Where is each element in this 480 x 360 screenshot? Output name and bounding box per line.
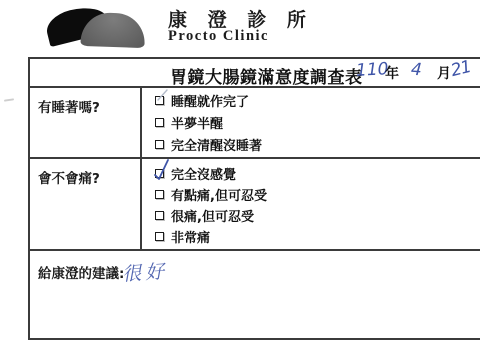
handwritten-year: 110 [355, 59, 388, 81]
option-fully-awake[interactable]: 完全清醒沒睡著 [155, 133, 480, 155]
checkbox-icon[interactable] [155, 232, 164, 241]
handwritten-month: 4 [410, 60, 422, 81]
option-label: 有點痛,但可忍受 [171, 185, 267, 204]
month-label: 月 [437, 63, 451, 83]
option-woke-up-done[interactable]: 睡醒就作完了 [155, 89, 480, 111]
question-label-pain: 會不會痛? [38, 171, 100, 187]
option-very-painful-bearable[interactable]: 很痛,但可忍受 [155, 205, 480, 226]
option-label: 半夢半醒 [171, 113, 223, 132]
form-title: 胃鏡大腸鏡滿意度調查表 [170, 63, 363, 88]
option-label: 完全清醒沒睡著 [171, 135, 262, 154]
options-cell: 睡醒就作完了 半夢半醒 完全清醒沒睡著 [142, 88, 480, 157]
option-label: 完全沒感覺 [171, 164, 236, 183]
suggestion-label: 給康澄的建議: [38, 262, 124, 282]
options-cell: 完全沒感覺 有點痛,但可忍受 很痛,但可忍受 [142, 159, 480, 249]
option-label: 非常痛 [171, 227, 210, 246]
clinic-logo [44, 4, 148, 48]
option-slight-pain[interactable]: 有點痛,但可忍受 [155, 184, 480, 205]
handwritten-suggestion: 很好 [121, 256, 169, 286]
question-cell: 有睡著嗎? [30, 88, 142, 157]
checkbox-icon[interactable] [155, 211, 164, 220]
checkbox-icon[interactable] [155, 140, 164, 149]
question-label-sleep: 有睡著嗎? [38, 100, 100, 116]
checkbox-icon[interactable] [155, 190, 164, 199]
question-cell: 會不會痛? [30, 159, 142, 249]
option-label: 睡醒就作完了 [171, 91, 249, 110]
stray-pencil-mark [4, 98, 14, 101]
option-extremely-painful[interactable]: 非常痛 [155, 226, 480, 247]
option-half-awake[interactable]: 半夢半醒 [155, 111, 480, 133]
question-row-sleep: 有睡著嗎? 睡醒就作完了 [30, 88, 480, 159]
clinic-name-english: Procto Clinic [168, 28, 269, 45]
checkbox-icon[interactable] [155, 169, 164, 178]
check-mark-icon [153, 159, 171, 181]
year-label: 年 [385, 63, 399, 83]
title-row: 胃鏡大腸鏡滿意度調查表 110 年 4 月 21 [30, 59, 480, 88]
handwritten-day: 21 [449, 57, 473, 81]
checkbox-icon[interactable] [155, 118, 164, 127]
question-row-pain: 會不會痛? 完全沒感覺 有點痛,但可忍受 [30, 159, 480, 251]
option-label: 很痛,但可忍受 [171, 206, 254, 225]
survey-form: 胃鏡大腸鏡滿意度調查表 110 年 4 月 21 有睡著嗎? 睡醒就作完了 [28, 57, 480, 340]
option-no-feeling[interactable]: 完全沒感覺 [155, 163, 480, 184]
faint-check-mark-icon [157, 91, 171, 103]
checkbox-icon[interactable] [155, 96, 164, 105]
suggestion-row: 給康澄的建議: 很好 [30, 251, 480, 338]
